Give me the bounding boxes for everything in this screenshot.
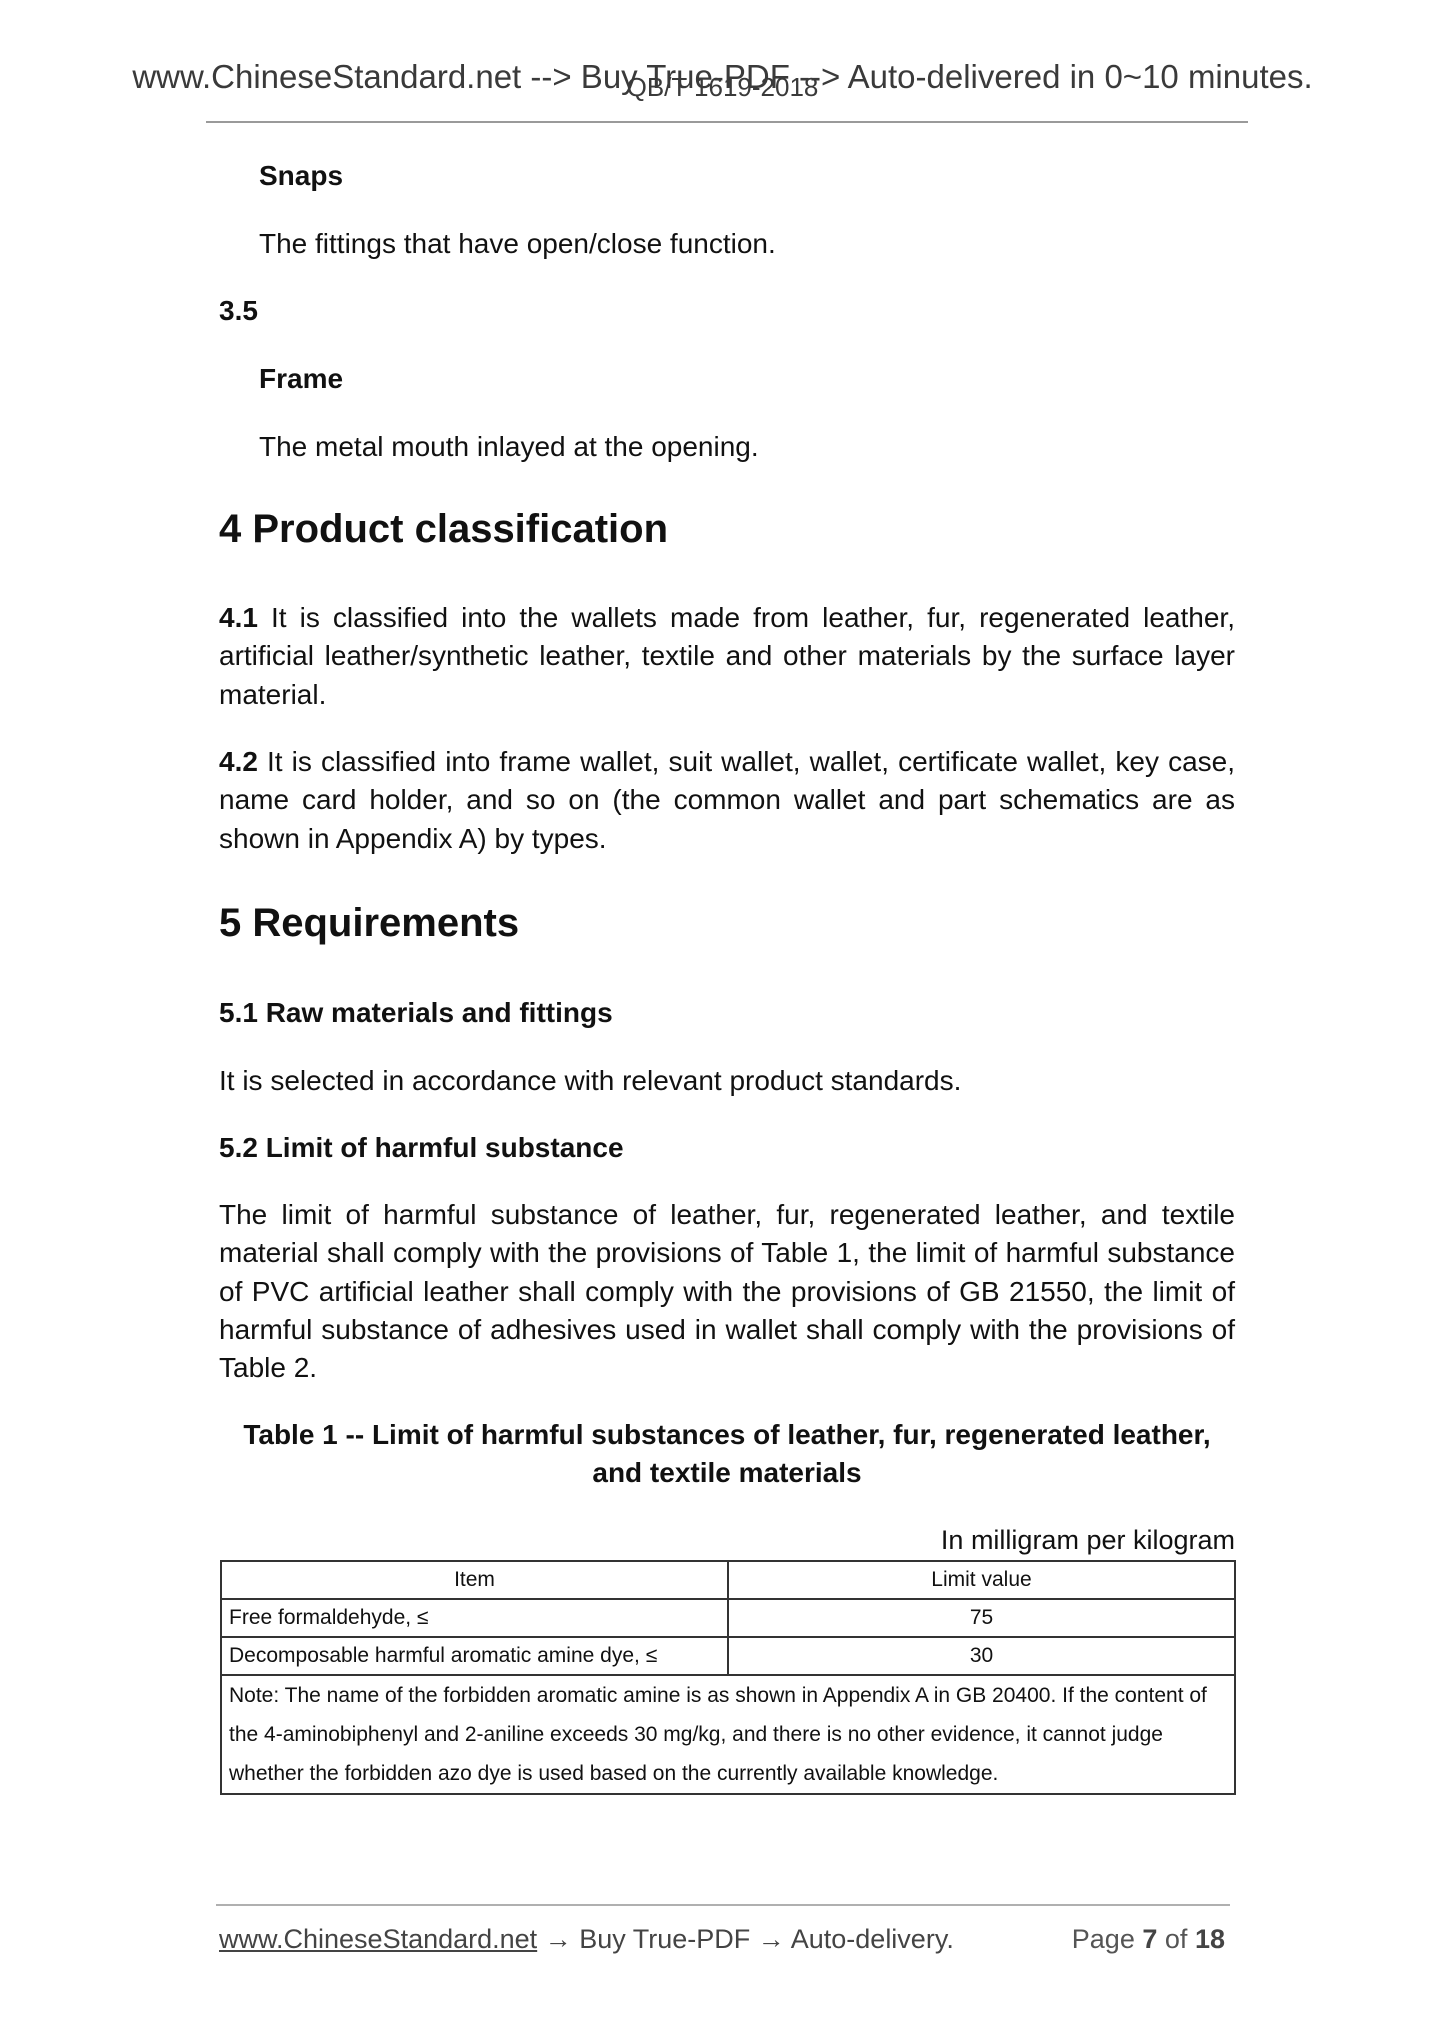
clause-number: 4.2 (219, 746, 258, 777)
clause-number: 4.1 (219, 602, 258, 633)
table-row: Decomposable harmful aromatic amine dye,… (221, 1637, 1235, 1675)
paragraph-5-1: It is selected in accordance with releva… (219, 1062, 961, 1100)
table-unit: In milligram per kilogram (941, 1525, 1235, 1556)
term-snaps: Snaps (259, 157, 343, 195)
section-heading-4: 4 Product classification (219, 507, 668, 552)
column-header-item: Item (221, 1561, 728, 1599)
page-current: 7 (1142, 1924, 1157, 1954)
paragraph-4-1: 4.1 It is classified into the wallets ma… (219, 599, 1235, 714)
paragraph-5-2: The limit of harmful substance of leathe… (219, 1196, 1235, 1387)
table-caption: Table 1 -- Limit of harmful substances o… (219, 1416, 1235, 1492)
paragraph-text: It is classified into the wallets made f… (219, 602, 1235, 710)
clause-number: 3.5 (219, 292, 258, 330)
harmful-substances-table: Item Limit value Free formaldehyde, ≤ 75… (220, 1560, 1236, 1795)
footer-divider (216, 1904, 1230, 1906)
column-header-limit: Limit value (728, 1561, 1235, 1599)
footer-site-link[interactable]: www.ChineseStandard.net (219, 1924, 537, 1954)
paragraph-4-2: 4.2 It is classified into frame wallet, … (219, 743, 1235, 858)
table-row: Free formaldehyde, ≤ 75 (221, 1599, 1235, 1637)
term-frame: Frame (259, 360, 343, 398)
table-note: Note: The name of the forbidden aromatic… (221, 1675, 1235, 1794)
cell-limit: 30 (728, 1637, 1235, 1675)
footer-promo-text: → Buy True-PDF → Auto-delivery. (537, 1924, 954, 1954)
page-label: Page (1072, 1924, 1135, 1954)
cell-limit: 75 (728, 1599, 1235, 1637)
page-indicator: Page 7 of 18 (1072, 1924, 1225, 1955)
definition-snaps: The fittings that have open/close functi… (259, 225, 776, 263)
standard-code: QB/T 1619-2018 (0, 72, 1445, 103)
footer-promo: www.ChineseStandard.net → Buy True-PDF →… (219, 1924, 954, 1955)
section-heading-5: 5 Requirements (219, 901, 519, 946)
table-header-row: Item Limit value (221, 1561, 1235, 1599)
header-divider (206, 121, 1248, 123)
paragraph-text: It is classified into frame wallet, suit… (219, 746, 1235, 854)
page-of: of (1165, 1924, 1188, 1954)
table-caption-line: and textile materials (219, 1454, 1235, 1492)
cell-item: Decomposable harmful aromatic amine dye,… (221, 1637, 728, 1675)
cell-item: Free formaldehyde, ≤ (221, 1599, 728, 1637)
definition-frame: The metal mouth inlayed at the opening. (259, 428, 759, 466)
table-note-row: Note: The name of the forbidden aromatic… (221, 1675, 1235, 1794)
subsection-heading-5-2: 5.2 Limit of harmful substance (219, 1129, 624, 1167)
table-caption-line: Table 1 -- Limit of harmful substances o… (219, 1416, 1235, 1454)
subsection-heading-5-1: 5.1 Raw materials and fittings (219, 994, 613, 1032)
page-total: 18 (1195, 1924, 1225, 1954)
